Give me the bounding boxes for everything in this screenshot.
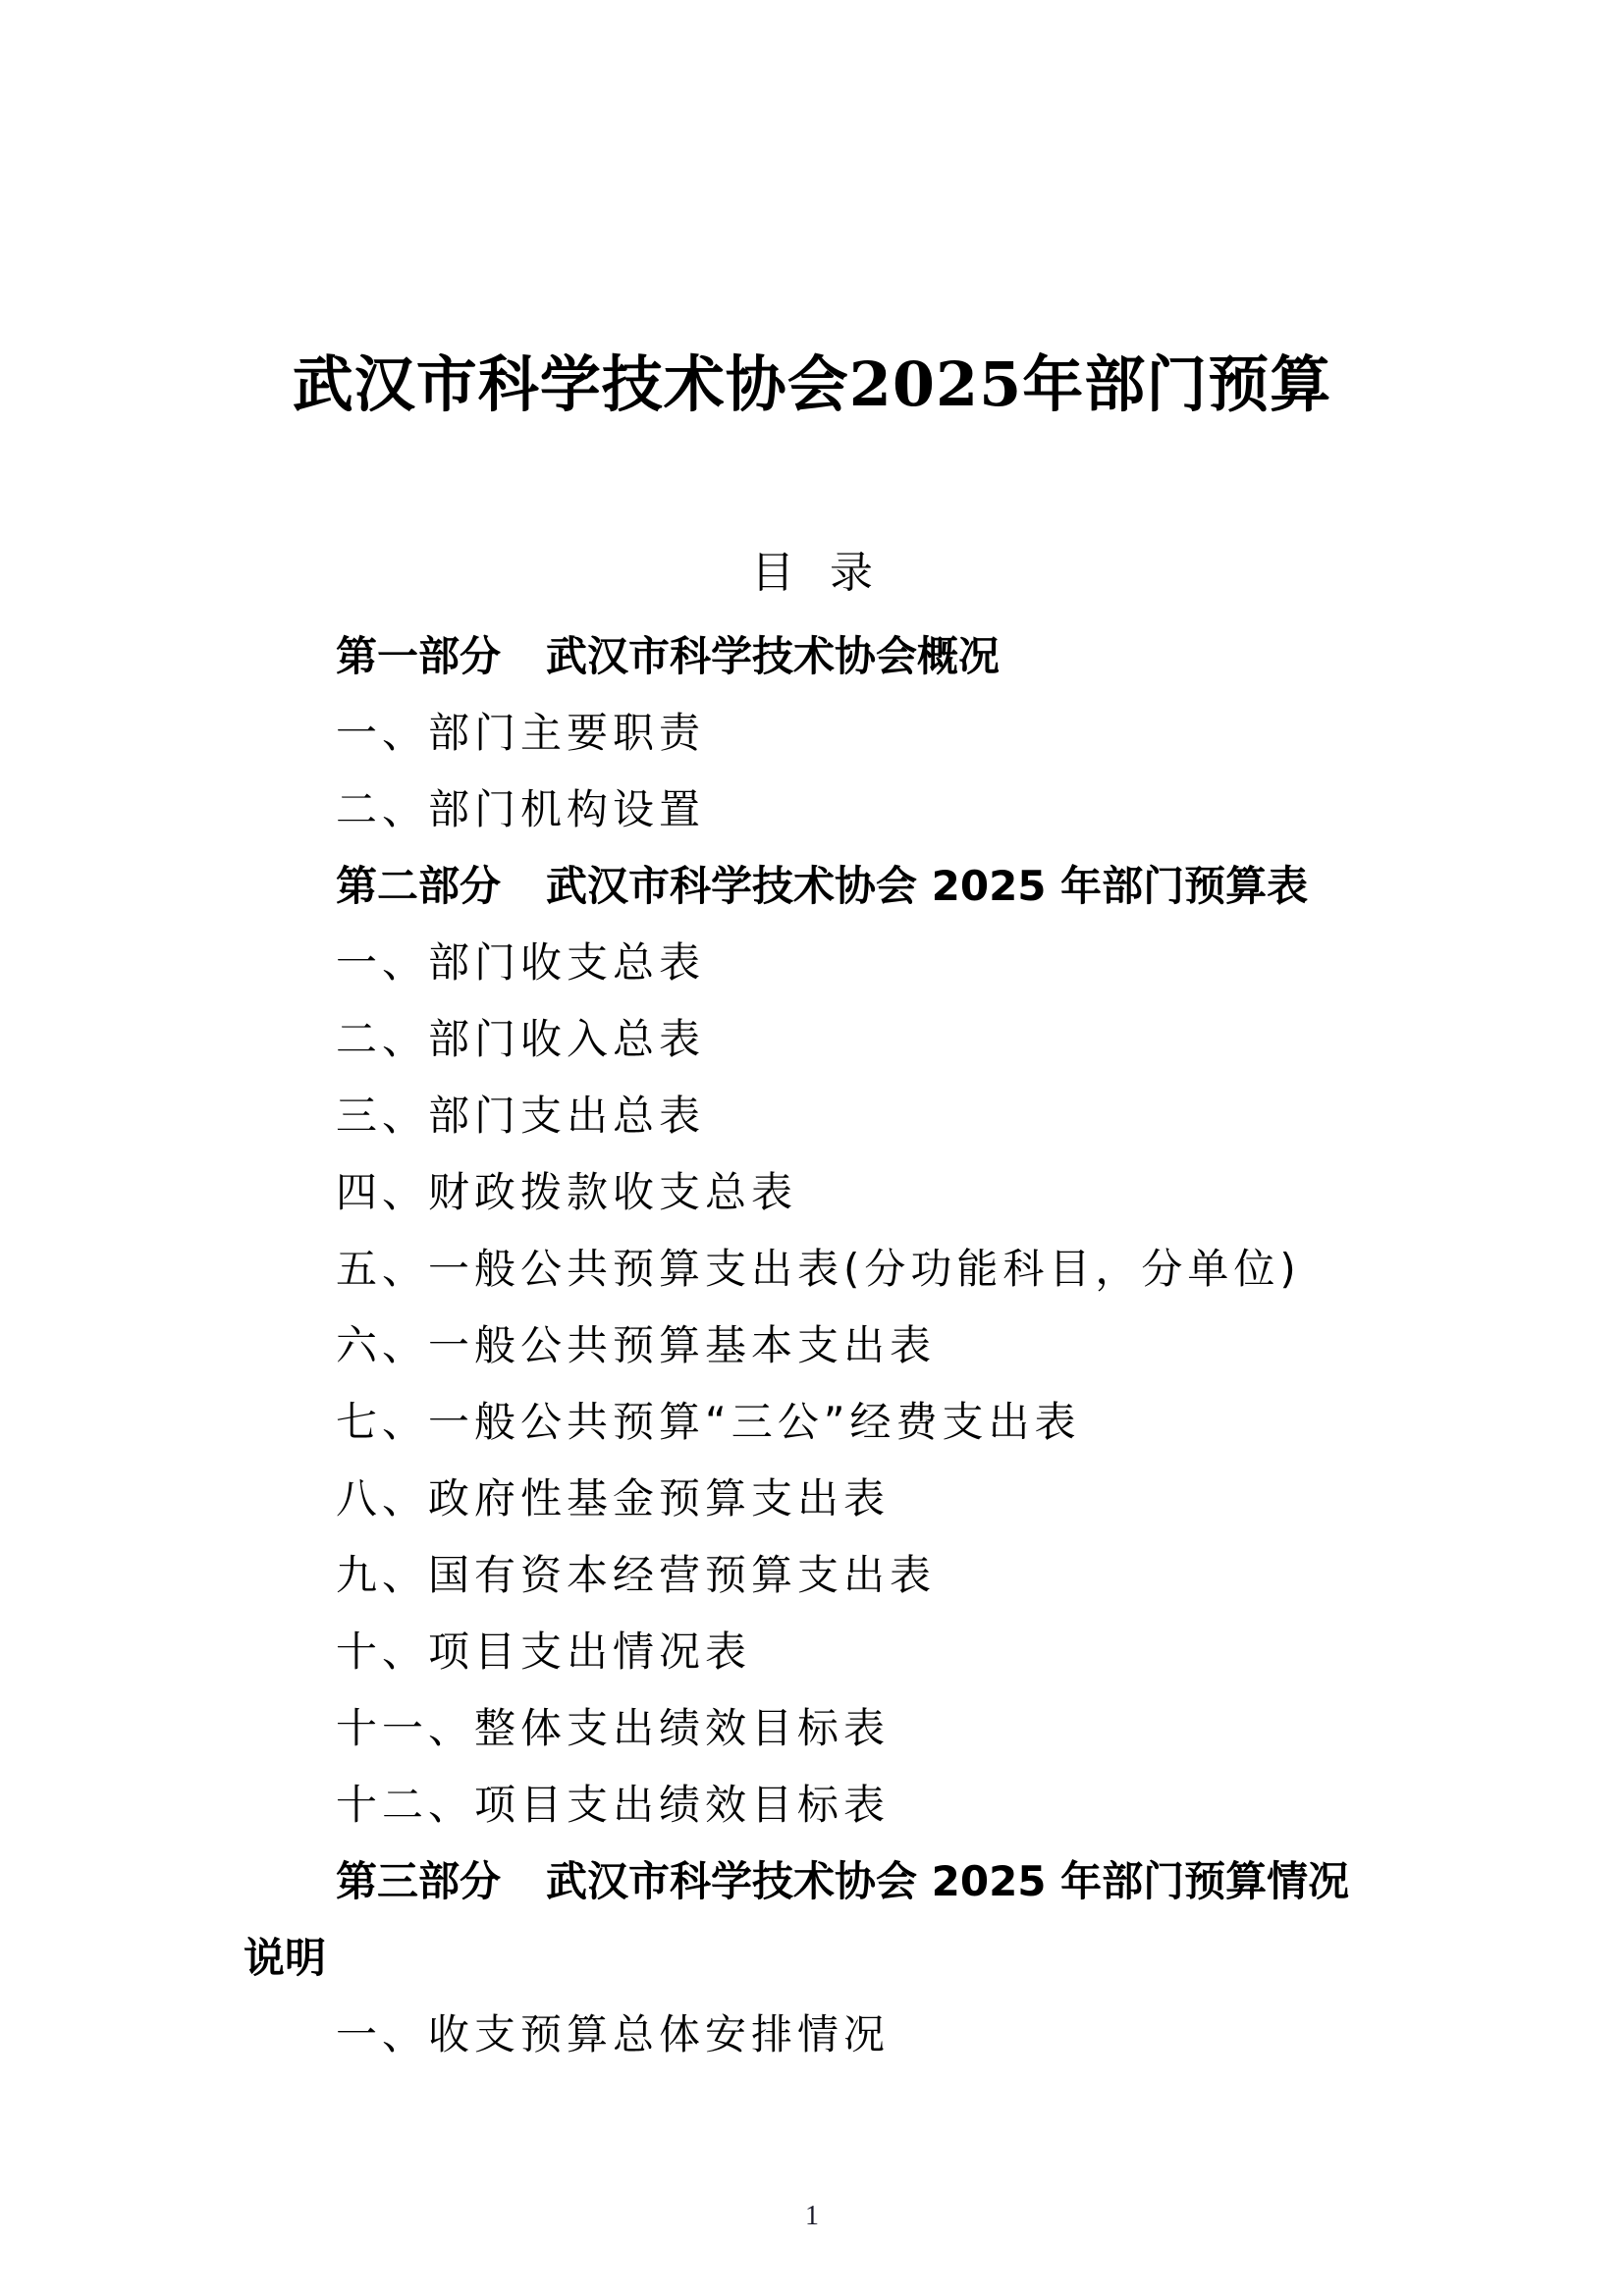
toc-part-title: 武汉市科学技术协会概况 bbox=[546, 632, 1000, 680]
toc-part-label: 第一部分 bbox=[336, 632, 501, 680]
toc-part-title: 武汉市科学技术协会 2025 年部门预算情况 bbox=[546, 1857, 1349, 1905]
toc-item: 八、政府性基金预算支出表 bbox=[247, 1461, 1406, 1537]
table-of-contents: 第一部分武汉市科学技术协会概况 一、部门主要职责 二、部门机构设置 第二部分武汉… bbox=[247, 618, 1406, 2073]
toc-item: 十一、整体支出绩效目标表 bbox=[247, 1690, 1406, 1767]
toc-item: 九、国有资本经营预算支出表 bbox=[247, 1537, 1406, 1614]
toc-part-3-heading: 第三部分武汉市科学技术协会 2025 年部门预算情况 bbox=[247, 1843, 1406, 1920]
toc-item: 一、收支预算总体安排情况 bbox=[247, 1997, 1406, 2073]
toc-part-1-heading: 第一部分武汉市科学技术协会概况 bbox=[247, 618, 1406, 695]
toc-item: 三、部门支出总表 bbox=[247, 1078, 1406, 1154]
toc-item: 十、项目支出情况表 bbox=[247, 1614, 1406, 1690]
document-title: 武汉市科学技术协会2025年部门预算 bbox=[0, 346, 1624, 424]
toc-item: 一、部门收支总表 bbox=[247, 925, 1406, 1001]
document-page: 武汉市科学技术协会2025年部门预算 目录 第一部分武汉市科学技术协会概况 一、… bbox=[0, 0, 1624, 2296]
toc-heading: 目录 bbox=[0, 544, 1624, 603]
toc-item: 六、一般公共预算基本支出表 bbox=[247, 1308, 1406, 1384]
toc-part-label: 第二部分 bbox=[336, 862, 501, 910]
toc-item: 二、部门收入总表 bbox=[247, 1001, 1406, 1078]
toc-item: 十二、项目支出绩效目标表 bbox=[247, 1767, 1406, 1843]
toc-part-title: 武汉市科学技术协会 2025 年部门预算表 bbox=[546, 862, 1308, 910]
toc-part-label: 第三部分 bbox=[336, 1857, 501, 1905]
toc-item: 二、部门机构设置 bbox=[247, 772, 1406, 848]
toc-part-title-continuation: 说明 bbox=[244, 1920, 1406, 1997]
toc-item: 五、一般公共预算支出表(分功能科目，分单位) bbox=[247, 1231, 1406, 1308]
page-number: 1 bbox=[0, 2197, 1624, 2236]
toc-item: 七、一般公共预算“三公”经费支出表 bbox=[247, 1384, 1406, 1461]
toc-item: 一、部门主要职责 bbox=[247, 695, 1406, 772]
toc-part-2-heading: 第二部分武汉市科学技术协会 2025 年部门预算表 bbox=[247, 848, 1406, 925]
toc-item: 四、财政拨款收支总表 bbox=[247, 1154, 1406, 1231]
